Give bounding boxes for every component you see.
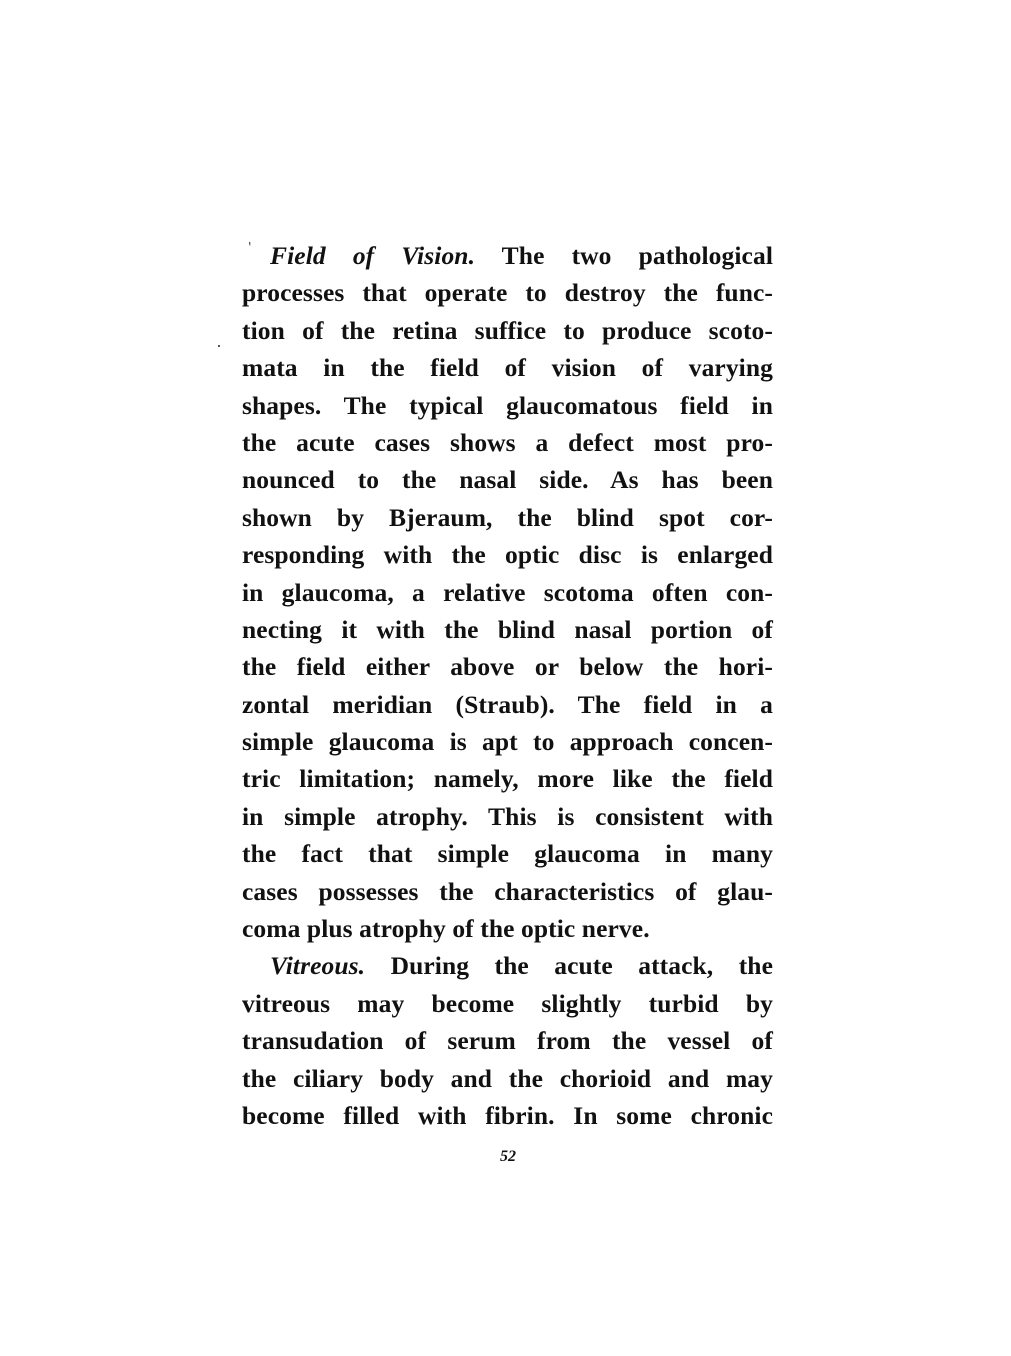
text-line: shapes. The typical glaucomatous field i… (242, 387, 773, 424)
text-line: shown by Bjeraum, the blind spot cor- (242, 499, 773, 536)
text-line: Vitreous. During the acute attack, the (242, 947, 773, 984)
text-line: the ciliary body and the chorioid and ma… (242, 1060, 773, 1097)
section-heading-vitreous: Vitreous. (270, 951, 365, 980)
text-line: cases possesses the characteristics of g… (242, 873, 773, 910)
text-line: necting it with the blind nasal portion … (242, 611, 773, 648)
text-line: Field of Vision. The two pathological (242, 237, 773, 274)
text-line: simple glaucoma is apt to approach conce… (242, 723, 773, 760)
text-line: coma plus atrophy of the optic nerve. (242, 910, 773, 947)
text-line: in glaucoma, a relative scotoma often co… (242, 574, 773, 611)
text-line: processes that operate to destroy the fu… (242, 274, 773, 311)
text-line: mata in the field of vision of varying (242, 349, 773, 386)
book-page: ′ Field of Vision. The two pathological … (0, 0, 1011, 1356)
text-line: nounced to the nasal side. As has been (242, 461, 773, 498)
text-line: the fact that simple glaucoma in many (242, 835, 773, 872)
page-number: 52 (478, 1148, 538, 1166)
text-line: become filled with fibrin. In some chron… (242, 1097, 773, 1134)
text-line: tric limitation; namely, more like the f… (242, 760, 773, 797)
text-line: responding with the optic disc is enlarg… (242, 536, 773, 573)
text-line: the field either above or below the hori… (242, 648, 773, 685)
text-line: in simple atrophy. This is consistent wi… (242, 798, 773, 835)
text-line: vitreous may become slightly turbid by (242, 985, 773, 1022)
body-text: Field of Vision. The two pathological pr… (242, 237, 773, 1134)
text-line: zontal meridian (Straub). The field in a (242, 686, 773, 723)
section-heading-field-of-vision: Field of Vision. (270, 241, 475, 270)
text-line: tion of the retina suffice to produce sc… (242, 312, 773, 349)
text-line: transudation of serum from the vessel of (242, 1022, 773, 1059)
text-line: the acute cases shows a defect most pro- (242, 424, 773, 461)
margin-speck (218, 345, 220, 347)
